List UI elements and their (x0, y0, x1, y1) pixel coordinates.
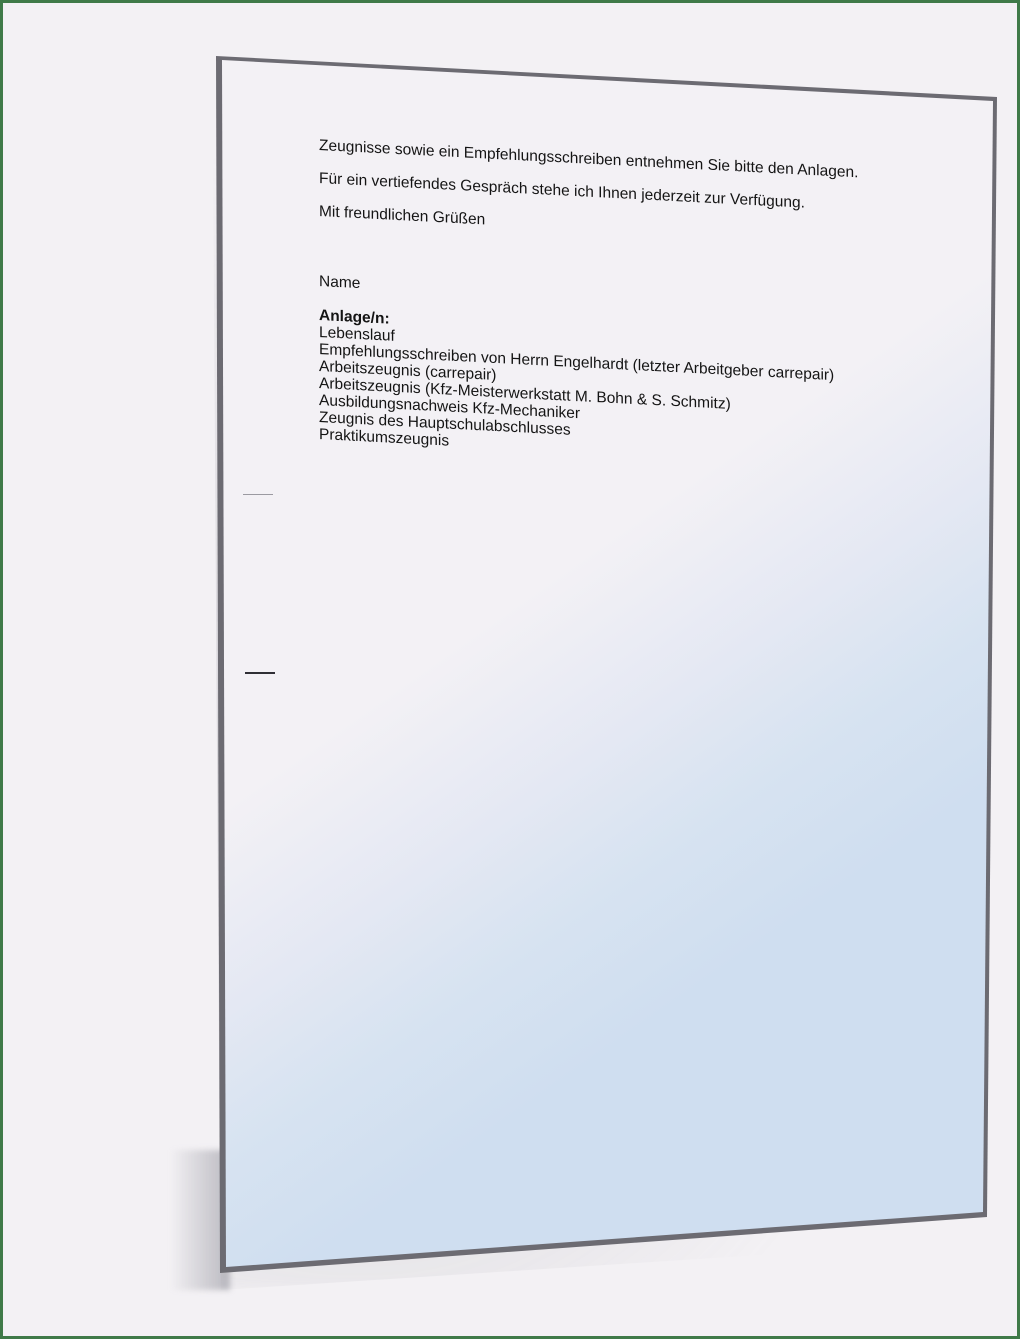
letter-body: Zeugnisse sowie ein Empfehlungsschreiben… (319, 137, 879, 471)
fold-mark (243, 494, 273, 495)
punch-mark (245, 672, 275, 674)
